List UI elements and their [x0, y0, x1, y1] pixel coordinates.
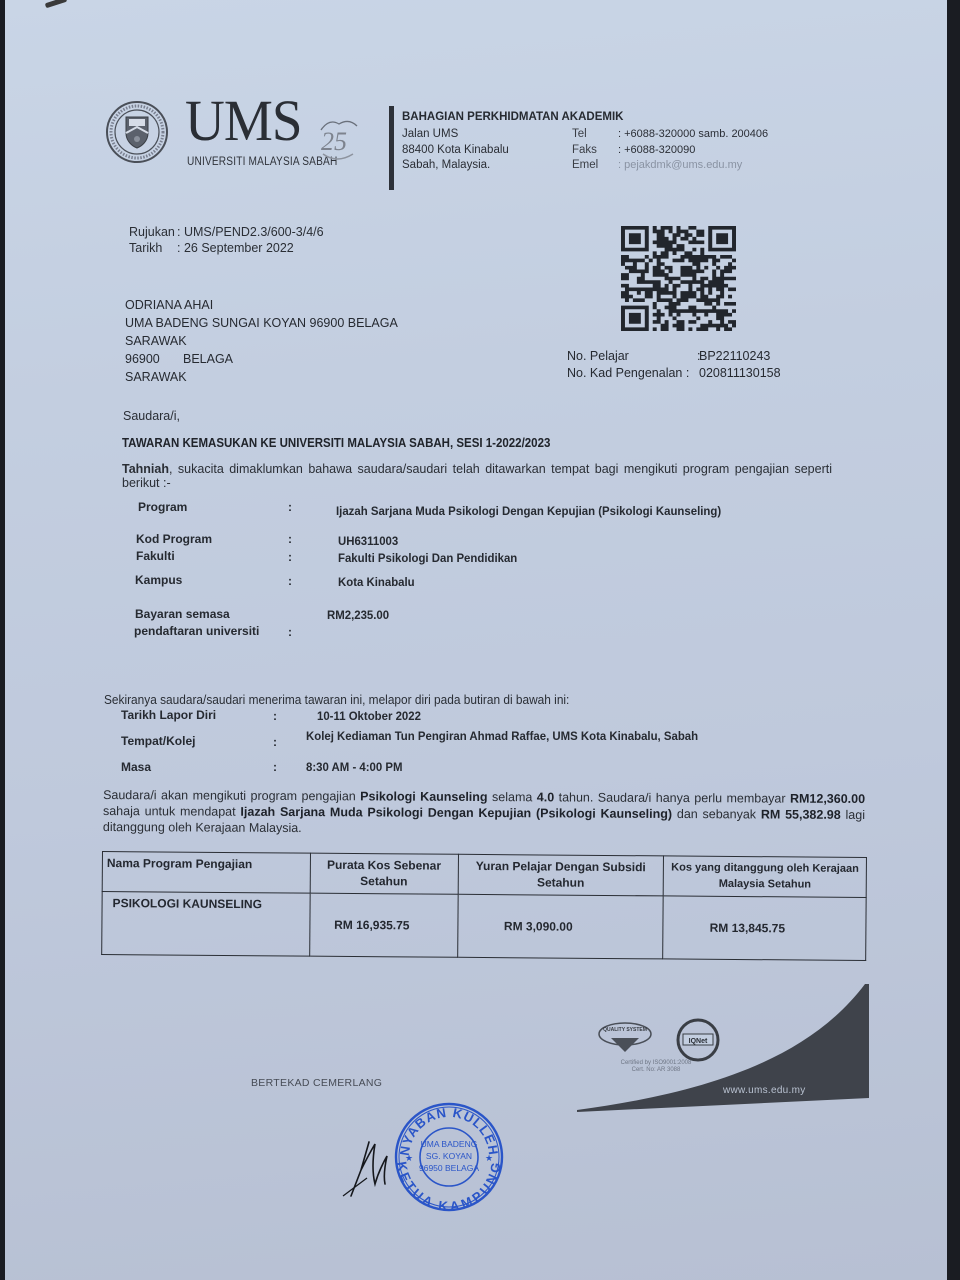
report-date-value: 10-11 Oktober 2022 [317, 709, 421, 723]
letter-date: : 26 September 2022 [177, 241, 294, 255]
fax-number: : +6088-320090 [618, 143, 768, 159]
ic-number: 020811130158 [699, 366, 781, 380]
svg-text:96950 BELAGA: 96950 BELAGA [419, 1163, 479, 1173]
ums-crest-icon [105, 100, 169, 164]
report-place-value: Kolej Kediaman Tun Pengiran Ahmad Raffae… [306, 729, 698, 743]
registration-fee-value: RM2,235.00 [327, 608, 389, 622]
quality-system-badge-icon: QUALITY SYSTEM [599, 1023, 651, 1052]
25th-anniversary-logo-icon: 25 [317, 116, 359, 164]
staple-mark [45, 0, 67, 8]
recipient-name: ODRIANA AHAI [125, 296, 398, 314]
report-place-label: Tempat/Kolej [121, 734, 195, 748]
letter-title: TAWARAN KEMASUKAN KE UNIVERSITI MALAYSIA… [122, 436, 550, 450]
university-motto: BERTEKAD CEMERLANG [251, 1077, 382, 1089]
campus-label: Kampus [135, 573, 182, 587]
greeting: Saudara/i, [123, 409, 180, 423]
faculty-value: Fakulti Psikologi Dan Pendidikan [338, 551, 517, 565]
report-intro: Sekiranya saudara/saudari menerima tawar… [104, 693, 569, 707]
column-header: Yuran Pelajar Dengan Subsidi Setahun [458, 854, 664, 896]
student-info: No. Pelajar:BP22110243 No. Kad Pengenala… [567, 348, 781, 382]
report-time-value: 8:30 AM - 4:00 PM [306, 760, 403, 774]
email-address: : pejakdmk@ums.edu.my [618, 158, 768, 174]
cost-table: Nama Program Pengajian Purata Kos Sebena… [101, 851, 867, 961]
actual-cost-cell: RM 16,935.75 [309, 893, 457, 957]
program-code-label: Kod Program [136, 532, 212, 546]
column-header: Purata Kos Sebenar Setahun [310, 853, 458, 894]
svg-text:IQNet: IQNet [689, 1038, 708, 1045]
svg-text:QUALITY SYSTEM: QUALITY SYSTEM [603, 1027, 647, 1033]
svg-text:UMA BADENG: UMA BADENG [421, 1139, 478, 1149]
column-header: Kos yang ditanggung oleh Kerajaan Malays… [663, 856, 866, 898]
phone-number: : +6088-320000 samb. 200406 [618, 127, 768, 143]
svg-text:★: ★ [485, 1153, 493, 1163]
faculty-label: Fakulti [136, 549, 175, 563]
campus-value: Kota Kinabalu [338, 575, 415, 589]
student-number: BP22110243 [699, 349, 770, 363]
table-row: PSIKOLOGI KAUNSELING RM 16,935.75 RM 3,0… [102, 892, 866, 961]
ums-logo-subtitle: UNIVERSITI MALAYSIA SABAH [187, 156, 337, 168]
offer-letter-page: UMS UNIVERSITI MALAYSIA SABAH 25 BAHAGIA… [5, 0, 947, 1280]
report-date-label: Tarikh Lapor Diri [121, 708, 216, 722]
village-head-stamp-icon: NYABAN KULLEH KETUA KAMPUNG ★ ★ UMA BADE… [393, 1101, 505, 1213]
program-value: Ijazah Sarjana Muda Psikologi Dengan Kep… [336, 504, 721, 518]
svg-text:★: ★ [405, 1153, 413, 1163]
government-cost-cell: RM 13,845.75 [663, 896, 866, 961]
registration-fee-label: Bayaran semasa [135, 607, 230, 621]
student-fee-cell: RM 3,090.00 [457, 894, 663, 959]
reference-block: Rujukan: UMS/PEND2.3/600-3/4/6 Tarikh: 2… [129, 224, 324, 256]
certification-text: Certified by ISO9001:2008 Cert. No: AR 3… [615, 1060, 697, 1074]
header-divider [389, 106, 394, 190]
website-url: www.ums.edu.my [723, 1085, 806, 1096]
column-header: Nama Program Pengajian [102, 852, 310, 894]
program-name-cell: PSIKOLOGI KAUNSELING [102, 892, 310, 957]
cost-summary-paragraph: Saudara/i akan mengikuti program pengaji… [103, 787, 865, 839]
qr-code-icon [621, 226, 736, 331]
recipient-address: ODRIANA AHAI UMA BADENG SUNGAI KOYAN 969… [125, 296, 398, 386]
department-address: Jalan UMS 88400 Kota Kinabalu Sabah, Mal… [402, 127, 509, 174]
contact-labels: Tel Faks Emel [572, 127, 598, 174]
ums-logo-text: UMS [185, 92, 302, 150]
program-label: Program [138, 500, 187, 514]
svg-text:25: 25 [321, 127, 347, 156]
report-time-label: Masa [121, 760, 151, 774]
program-code-value: UH6311003 [338, 534, 398, 548]
svg-text:SG. KOYAN: SG. KOYAN [426, 1151, 472, 1161]
table-header-row: Nama Program Pengajian Purata Kos Sebena… [102, 852, 866, 898]
iqnet-badge-icon: IQNet [678, 1020, 718, 1060]
department-name: BAHAGIAN PERKHIDMATAN AKADEMIK [402, 111, 623, 123]
contact-values: : +6088-320000 samb. 200406 : +6088-3200… [618, 127, 768, 174]
intro-paragraph: Tahniah, sukacita dimaklumkan bahawa sau… [122, 462, 832, 490]
reference-number: : UMS/PEND2.3/600-3/4/6 [177, 225, 324, 239]
